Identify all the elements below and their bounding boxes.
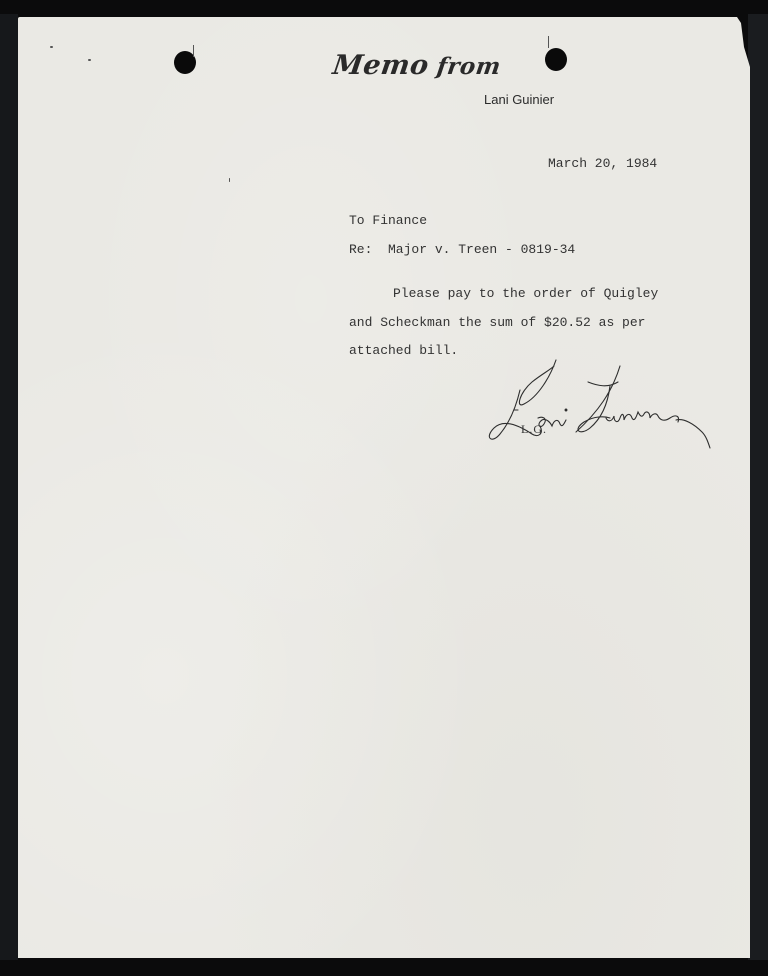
handwritten-signature xyxy=(480,352,720,452)
paper-speck xyxy=(229,178,230,182)
scan-border-left xyxy=(0,14,18,960)
memo-body-line: Please pay to the order of Quigley xyxy=(393,286,658,301)
paper-speck xyxy=(88,59,91,61)
punch-hole-mark xyxy=(548,36,549,48)
letterhead-author: Lani Guinier xyxy=(484,92,554,107)
memo-recipient: To Finance xyxy=(349,213,427,228)
punch-hole-mark xyxy=(193,45,194,57)
memo-initials: L.G. xyxy=(521,422,547,437)
letterhead-memo-from: Memo from xyxy=(331,50,503,81)
memo-body-line: attached bill. xyxy=(349,343,458,358)
scan-border-right xyxy=(748,14,768,960)
letterhead-from-word: from xyxy=(427,53,503,80)
memo-body-line: and Scheckman the sum of $20.52 as per xyxy=(349,315,645,330)
memo-date: March 20, 1984 xyxy=(548,156,657,171)
paper-speck xyxy=(50,46,53,48)
punch-hole-right xyxy=(545,48,567,71)
letterhead-memo-word: Memo xyxy=(331,50,431,81)
memo-subject: Re: Major v. Treen - 0819-34 xyxy=(349,242,575,257)
